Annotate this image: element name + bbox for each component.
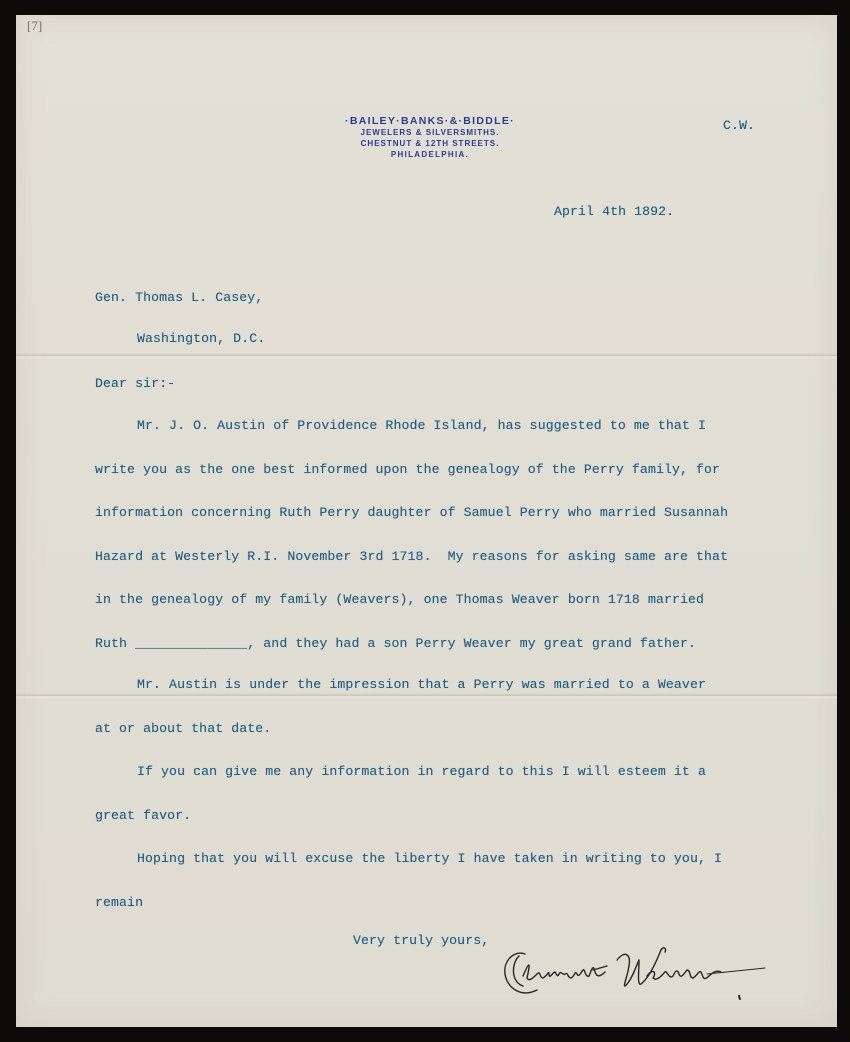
body-line: If you can give me any information in re… bbox=[137, 764, 706, 779]
sender-initials: C.W. bbox=[723, 118, 755, 133]
fold-line bbox=[16, 353, 837, 359]
body-line: Hazard at Westerly R.I. November 3rd 171… bbox=[95, 549, 728, 564]
letterhead-company: ·BAILEY·BANKS·&·BIDDLE· bbox=[310, 115, 550, 127]
body-line: Ruth ______________, and they had a son … bbox=[95, 636, 696, 651]
body-line: Mr. J. O. Austin of Providence Rhode Isl… bbox=[137, 418, 706, 433]
body-line: write you as the one best informed upon … bbox=[95, 462, 720, 477]
body-line: great favor. bbox=[95, 808, 191, 823]
letterhead-city: PHILADELPHIA. bbox=[310, 149, 550, 161]
recipient-location: Washington, D.C. bbox=[137, 331, 265, 346]
letterhead-street: CHESTNUT & 12TH STREETS. bbox=[310, 138, 550, 149]
body-line: information concerning Ruth Perry daught… bbox=[95, 505, 728, 520]
body-line: at or about that date. bbox=[95, 721, 271, 736]
body-line: Mr. Austin is under the impression that … bbox=[137, 677, 706, 692]
letterhead-trade: JEWELERS & SILVERSMITHS. bbox=[310, 127, 550, 138]
letter-page bbox=[16, 15, 837, 1027]
salutation: Dear sir:- bbox=[95, 376, 175, 391]
recipient-name: Gen. Thomas L. Casey, bbox=[95, 290, 263, 305]
archive-mark: [7] bbox=[27, 18, 42, 34]
body-line: remain bbox=[95, 895, 143, 910]
fold-line bbox=[16, 693, 837, 699]
letterhead: ·BAILEY·BANKS·&·BIDDLE· JEWELERS & SILVE… bbox=[310, 115, 550, 161]
letter-date: April 4th 1892. bbox=[554, 204, 674, 219]
handwritten-signature bbox=[497, 942, 772, 1007]
body-line: Hoping that you will excuse the liberty … bbox=[137, 851, 722, 866]
closing: Very truly yours, bbox=[353, 933, 489, 948]
body-line: in the genealogy of my family (Weavers),… bbox=[95, 592, 704, 607]
